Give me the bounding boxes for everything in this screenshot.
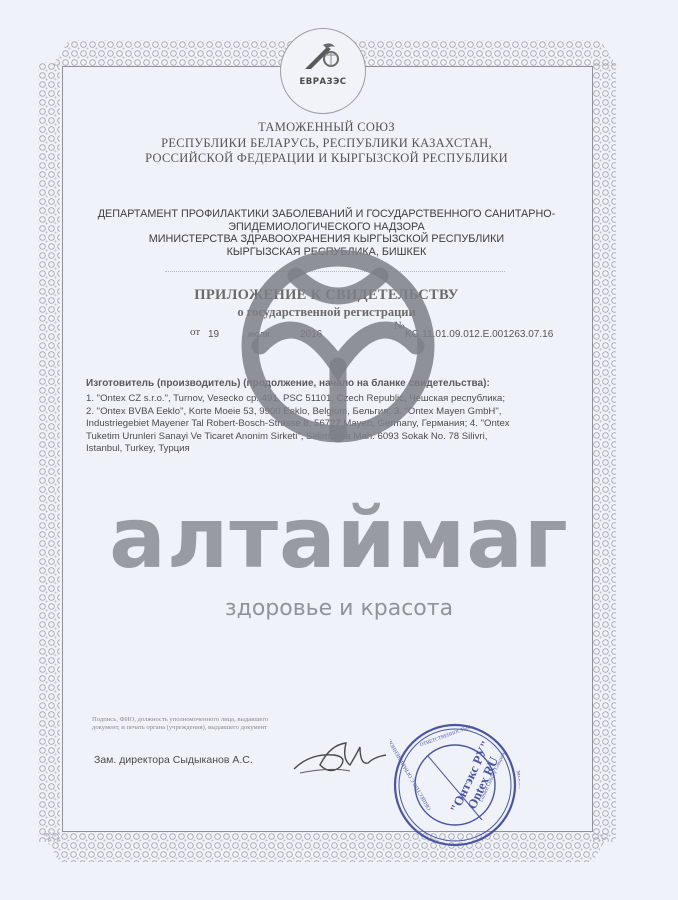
date-day: 19	[208, 329, 219, 340]
ornamental-border-bottom	[42, 832, 610, 862]
date-prefix: от	[190, 326, 200, 338]
watermark-brand: алтаймаг	[0, 488, 678, 588]
signature-note: Подпись, ФИО, должность уполномоченного …	[92, 716, 277, 732]
watermark-tagline: здоровье и красота	[0, 596, 678, 621]
ornamental-border-right	[592, 62, 616, 842]
customs-union-header: ТАМОЖЕННЫЙ СОЮЗ РЕСПУБЛИКИ БЕЛАРУСЬ, РЕС…	[62, 120, 591, 167]
department-line: ЭПИДЕМИОЛОГИЧЕСКОГО НАДЗОРА	[62, 221, 591, 234]
eurasec-emblem-icon	[301, 41, 345, 71]
department-line: МИНИСТЕРСТВА ЗДРАВООХРАНЕНИЯ КЫРГЫЗСКОЙ …	[62, 233, 591, 246]
signatory-name: Зам. директора Сыдыканов А.С.	[94, 754, 253, 766]
eurasec-emblem: ЕВРАЗЭС	[280, 28, 366, 114]
department-line: ДЕПАРТАМЕНТ ПРОФИЛАКТИКИ ЗАБОЛЕВАНИЙ И Г…	[62, 208, 591, 221]
company-stamp: "Онтэкс РУ" Ontex RU Limited Liability C…	[390, 720, 520, 850]
altaimag-leaf-logo-icon	[238, 246, 438, 446]
union-line: РЕСПУБЛИКИ БЕЛАРУСЬ, РЕСПУБЛИКИ КАЗАХСТА…	[62, 136, 591, 152]
emblem-label: ЕВРАЗЭС	[281, 77, 365, 87]
union-line: РОССИЙСКОЙ ФЕДЕРАЦИИ И КЫРГЫЗСКОЙ РЕСПУБ…	[62, 151, 591, 167]
ornamental-border-left	[38, 62, 60, 842]
union-line: ТАМОЖЕННЫЙ СОЮЗ	[62, 120, 591, 136]
certificate-page: ЕВРАЗЭС ТАМОЖЕННЫЙ СОЮЗ РЕСПУБЛИКИ БЕЛАР…	[0, 0, 678, 900]
handwritten-signature	[290, 735, 390, 783]
